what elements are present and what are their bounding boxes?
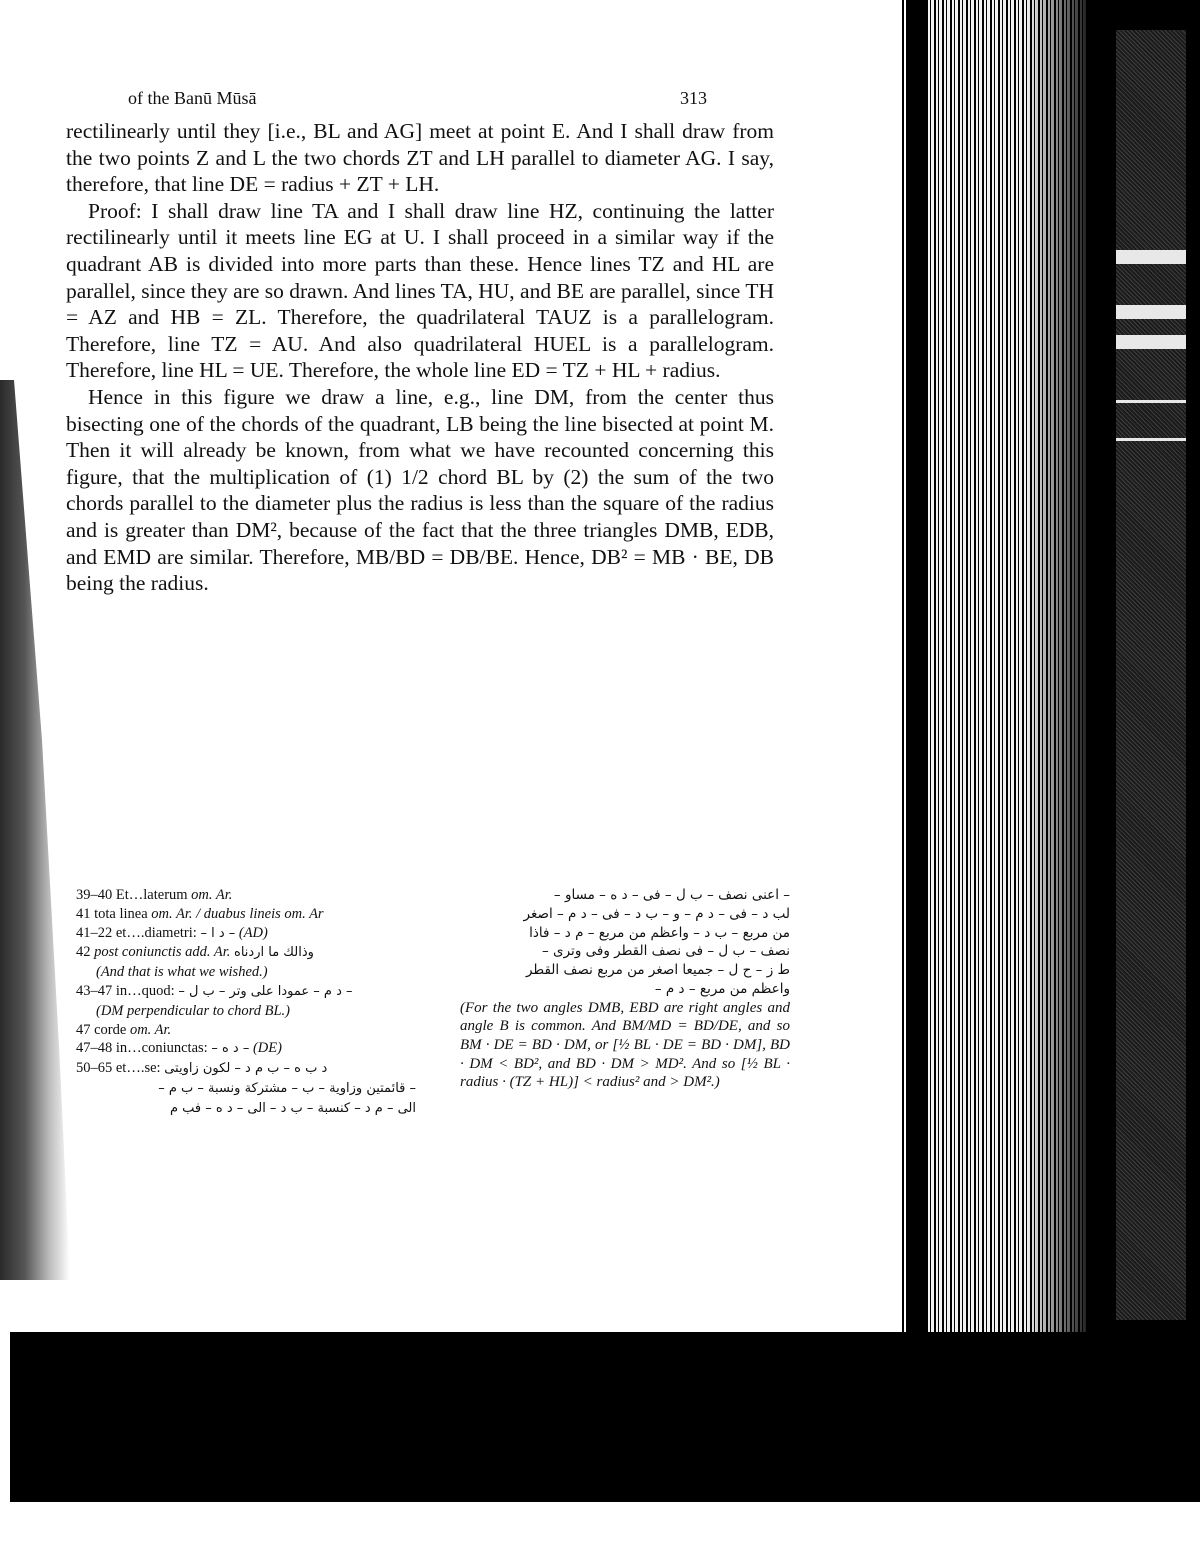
footnote-ref: 47	[76, 1022, 91, 1038]
footnotes-left-column: 39–40 Et…laterum om. Ar. 41 tota linea o…	[76, 886, 416, 1119]
paragraph-1: rectilinearly until they [i.e., BL and A…	[66, 118, 774, 198]
footnote-arabic: وذالك ما اردناه	[234, 945, 314, 960]
scan-band	[1116, 438, 1186, 441]
footnote-continuation: الى – م د – كنسبة – ب د – الى – د ه – فب…	[76, 1099, 416, 1119]
arabic-line: نصف – ب ل – فى نصف القطر وفى وترى –	[460, 942, 790, 961]
page-number: 313	[680, 88, 707, 109]
footnote-note: om. Ar.	[130, 1022, 171, 1038]
footnote-ref: 43–47	[76, 983, 112, 999]
footnote: 47 corde om. Ar.	[76, 1021, 416, 1040]
footnote-lemma: post coniunctis add. Ar.	[94, 944, 230, 960]
paragraph-2: Proof: I shall draw line TA and I shall …	[66, 198, 774, 384]
footnote-lemma: corde	[94, 1022, 126, 1038]
page-stack-fade	[1026, 0, 1086, 1345]
scan-bottom-shadow	[10, 1332, 1200, 1502]
main-text: rectilinearly until they [i.e., BL and A…	[66, 118, 774, 597]
footnote-arabic: – قائمتين وزاوية – ب – مشتركة ونسبة – ب …	[158, 1081, 416, 1096]
footnote-arabic: – د م – عمودا على وتر – ب ل –	[178, 984, 352, 999]
footnote-ref: 47–48	[76, 1040, 112, 1056]
footnote-note: om. Ar. / duabus lineis om. Ar	[151, 906, 323, 922]
footnote-note: om. Ar.	[191, 887, 232, 903]
footnote: 41–22 et….diametri: – د ا – (AD)	[76, 924, 416, 944]
scan-band	[1116, 305, 1186, 319]
footnote-lemma: in…coniunctas:	[116, 1040, 208, 1056]
footnote-ref: 42	[76, 944, 91, 960]
footnote: 42 post coniunctis add. Ar. وذالك ما ارد…	[76, 943, 416, 982]
footnote-arabic: – د ه –	[211, 1041, 249, 1056]
arabic-line: من مربع – ب د – واعظم من مربع – م د – فا…	[460, 924, 790, 943]
arabic-line: ط ز – ح ل – جميعا اصغر من مربع نصف القطر	[460, 961, 790, 980]
footnote-gloss: (DE)	[253, 1040, 282, 1056]
footnote-lemma: et….diametri:	[116, 925, 197, 941]
footnote-lemma: in…quod:	[116, 983, 175, 999]
scan-left-shadow	[0, 380, 70, 1280]
footnote-gloss: (AD)	[239, 925, 268, 941]
footnote: 50–65 et….se: د ب ه – ب م د – لكون زاويت…	[76, 1059, 416, 1079]
scan-band	[1116, 250, 1186, 264]
running-head-title: of the Banū Mūsā	[128, 88, 256, 109]
footnote-translation: (DM perpendicular to chord BL.)	[96, 1003, 290, 1019]
footnote: 43–47 in…quod: – د م – عمودا على وتر – ب…	[76, 982, 416, 1021]
footnote-ref: 41	[76, 906, 91, 922]
footnote-ref: 39–40	[76, 887, 112, 903]
scanner-background	[1116, 30, 1186, 1320]
footnote-arabic: – د ا –	[200, 926, 235, 941]
arabic-line: واعظم من مربع – د م –	[460, 980, 790, 999]
footnote: 41 tota linea om. Ar. / duabus lineis om…	[76, 905, 416, 924]
scan-band	[1116, 335, 1186, 349]
scan-band	[1116, 400, 1186, 403]
footnote-ref: 41–22	[76, 925, 112, 941]
footnote: 39–40 Et…laterum om. Ar.	[76, 886, 416, 905]
footnote-ref: 50–65	[76, 1060, 112, 1076]
footnote-continuation: – قائمتين وزاوية – ب – مشتركة ونسبة – ب …	[76, 1079, 416, 1099]
footnote-lemma: tota linea	[94, 906, 148, 922]
arabic-line: لب د – فى – د م – و – ب د – فى – د م – ا…	[460, 905, 790, 924]
footnotes-right-column: – اعنى نصف – ب ل – فى – د ه – مساو – لب …	[460, 886, 790, 1092]
footnote: 47–48 in…coniunctas: – د ه – (DE)	[76, 1039, 416, 1059]
footnote-arabic: الى – م د – كنسبة – ب د – الى – د ه – فب…	[170, 1101, 416, 1116]
book-fore-edge	[906, 0, 1200, 1345]
arabic-line: – اعنى نصف – ب ل – فى – د ه – مساو –	[460, 886, 790, 905]
footnote-arabic: د ب ه – ب م د – لكون زاويتى	[164, 1061, 327, 1076]
footnote-lemma: et….se:	[116, 1060, 161, 1076]
footnote-lemma: Et…laterum	[116, 887, 188, 903]
footnote-translation: (And that is what we wished.)	[96, 964, 268, 980]
running-head: of the Banū Mūsā 313	[128, 88, 728, 112]
page-edge-line	[902, 0, 904, 1340]
footnote-translation: (For the two angles DMB, EBD are right a…	[460, 999, 790, 1092]
paragraph-3: Hence in this figure we draw a line, e.g…	[66, 384, 774, 597]
